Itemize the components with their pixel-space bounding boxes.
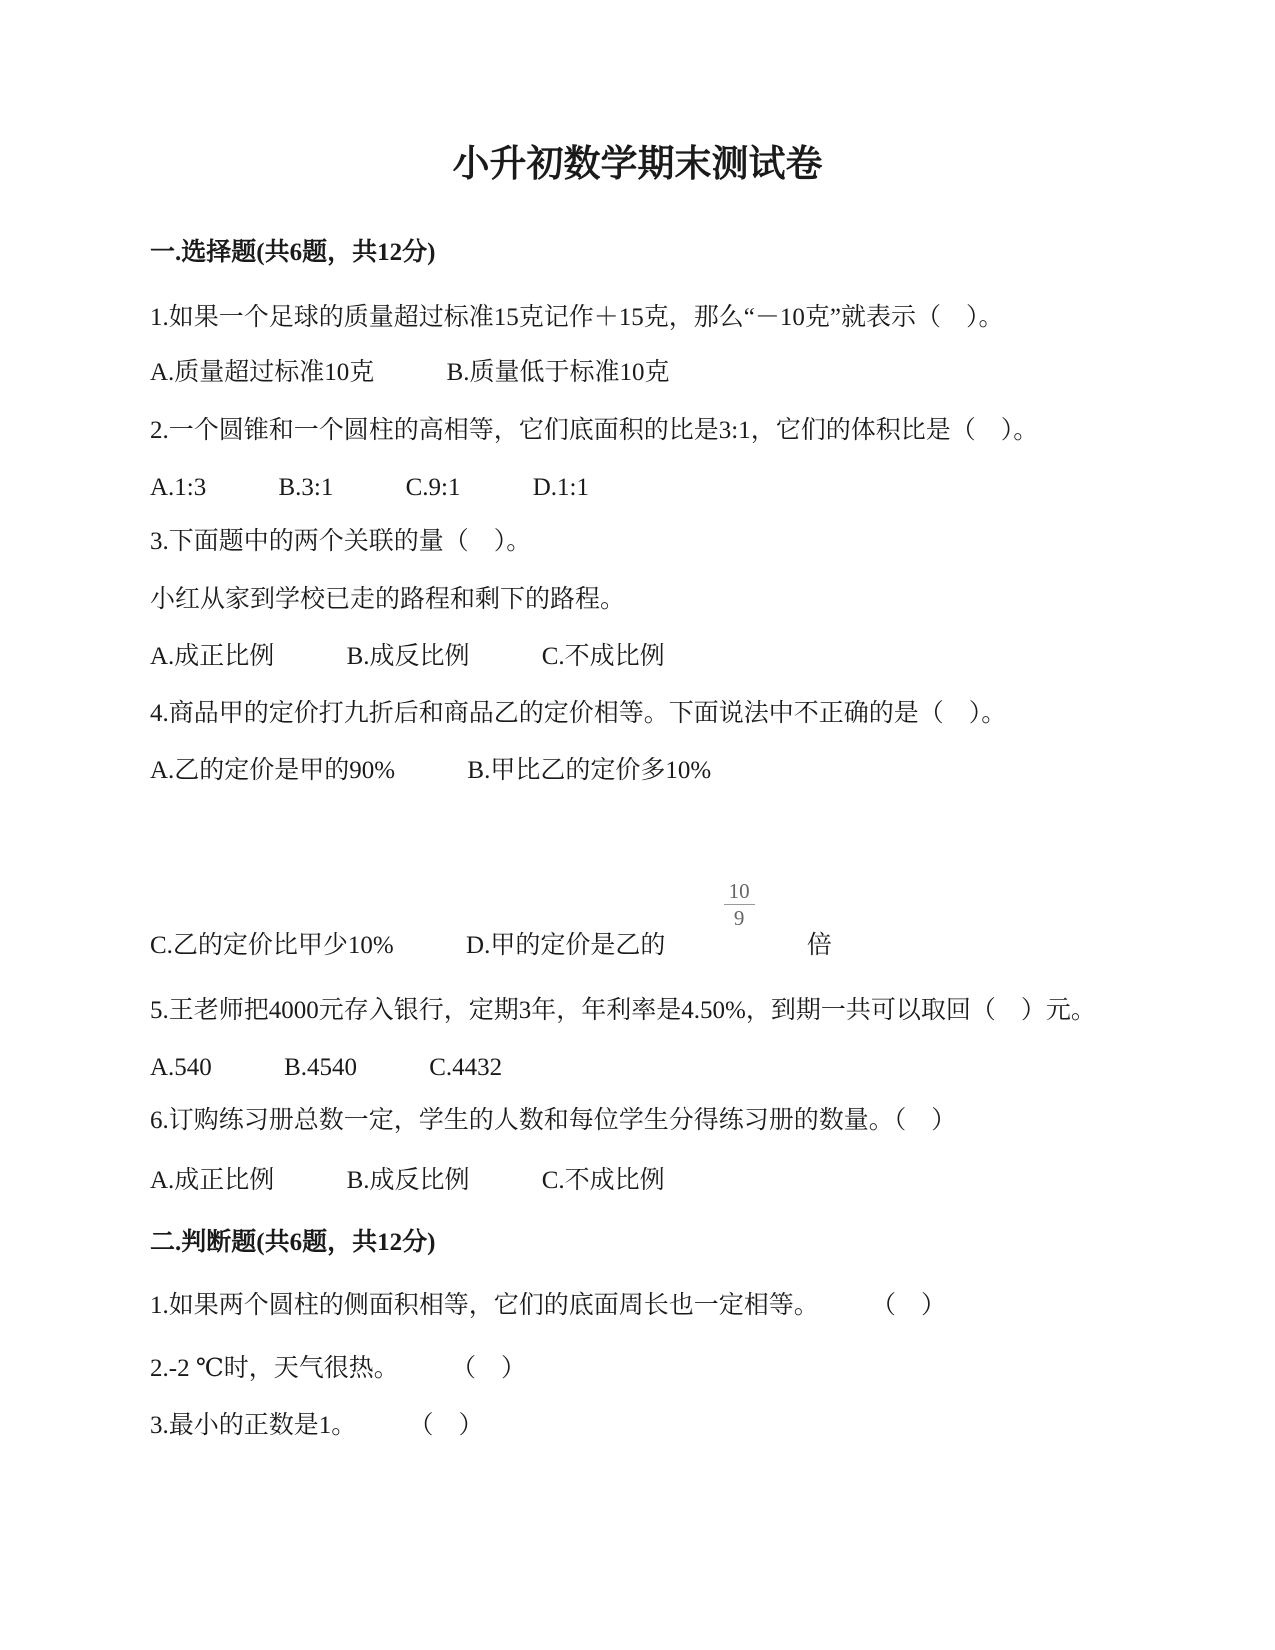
section1-heading: 一.选择题(共6题，共12分)	[150, 238, 435, 268]
exam-page: 小升初数学期末测试卷 一.选择题(共6题，共12分) 1.如果一个足球的质量超过…	[0, 0, 1275, 1650]
question-1-options: A.质量超过标准10克 B.质量低于标准10克	[150, 358, 670, 388]
option-a: A.540	[150, 1054, 212, 1081]
option-a: A.成正比例	[150, 1167, 274, 1194]
section2-heading: 二.判断题(共6题，共12分)	[150, 1228, 435, 1258]
option-a: A.成正比例	[150, 643, 274, 670]
option-b: B.成反比例	[347, 643, 470, 670]
judgment-3: 3.最小的正数是1。 （ ）	[150, 1411, 484, 1441]
option-d: D.1:1	[533, 474, 589, 501]
option-a: A.乙的定价是甲的90%	[150, 757, 395, 784]
fraction-ten-ninths: 10 9	[724, 881, 755, 929]
option-c: C.乙的定价比甲少10%	[150, 932, 394, 959]
option-d-suffix: 倍	[807, 932, 832, 959]
question-3-subtext: 小红从家到学校已走的路程和剩下的路程。	[150, 585, 625, 615]
question-3: 3.下面题中的两个关联的量（ ）。	[150, 527, 531, 557]
question-5-options: A.540 B.4540 C.4432	[150, 1053, 502, 1083]
option-c: C.不成比例	[542, 1167, 665, 1194]
question-6-options: A.成正比例 B.成反比例 C.不成比例	[150, 1166, 665, 1196]
option-b: B.甲比乙的定价多10%	[467, 757, 711, 784]
option-d-prefix: D.甲的定价是乙的	[466, 932, 665, 959]
question-4-options-ab: A.乙的定价是甲的90% B.甲比乙的定价多10%	[150, 756, 711, 786]
option-b: B.成反比例	[347, 1167, 470, 1194]
question-2-options: A.1:3 B.3:1 C.9:1 D.1:1	[150, 473, 589, 503]
judgment-2: 2.-2 ℃时，天气很热。 （ ）	[150, 1354, 526, 1384]
answer-blank: （ ）	[409, 1412, 484, 1439]
option-c: C.不成比例	[542, 643, 665, 670]
question-4-options-cd: C.乙的定价比甲少10% D.甲的定价是乙的 10 9 倍	[150, 909, 832, 961]
option-a: A.1:3	[150, 474, 206, 501]
judgment-2-text: 2.-2 ℃时，天气很热。	[150, 1355, 399, 1382]
judgment-1-text: 1.如果两个圆柱的侧面积相等，它们的底面周长也一定相等。	[150, 1292, 819, 1319]
question-3-options: A.成正比例 B.成反比例 C.不成比例	[150, 642, 665, 672]
option-a: A.质量超过标准10克	[150, 359, 374, 386]
fraction-numerator: 10	[724, 881, 755, 905]
judgment-1: 1.如果两个圆柱的侧面积相等，它们的底面周长也一定相等。 （ ）	[150, 1291, 946, 1321]
question-2: 2.一个圆锥和一个圆柱的高相等，它们底面积的比是3:1，它们的体积比是（ ）。	[150, 416, 1038, 446]
answer-blank: （ ）	[451, 1355, 526, 1382]
judgment-3-text: 3.最小的正数是1。	[150, 1412, 356, 1439]
answer-blank: （ ）	[871, 1292, 946, 1319]
page-title: 小升初数学期末测试卷	[0, 143, 1275, 187]
question-6: 6.订购练习册总数一定，学生的人数和每位学生分得练习册的数量。（ ）	[150, 1106, 956, 1136]
option-b: B.4540	[284, 1054, 357, 1081]
question-1: 1.如果一个足球的质量超过标准15克记作＋15克，那么“－10克”就表示（ ）。	[150, 303, 1003, 333]
option-c: C.9:1	[406, 474, 461, 501]
option-c: C.4432	[429, 1054, 502, 1081]
option-b: B.质量低于标准10克	[447, 359, 670, 386]
option-b: B.3:1	[279, 474, 334, 501]
question-5: 5.王老师把4000元存入银行，定期3年，年利率是4.50%，到期一共可以取回（…	[150, 996, 1096, 1026]
question-4: 4.商品甲的定价打九折后和商品乙的定价相等。下面说法中不正确的是（ ）。	[150, 699, 1006, 729]
fraction-denominator: 9	[724, 905, 755, 929]
